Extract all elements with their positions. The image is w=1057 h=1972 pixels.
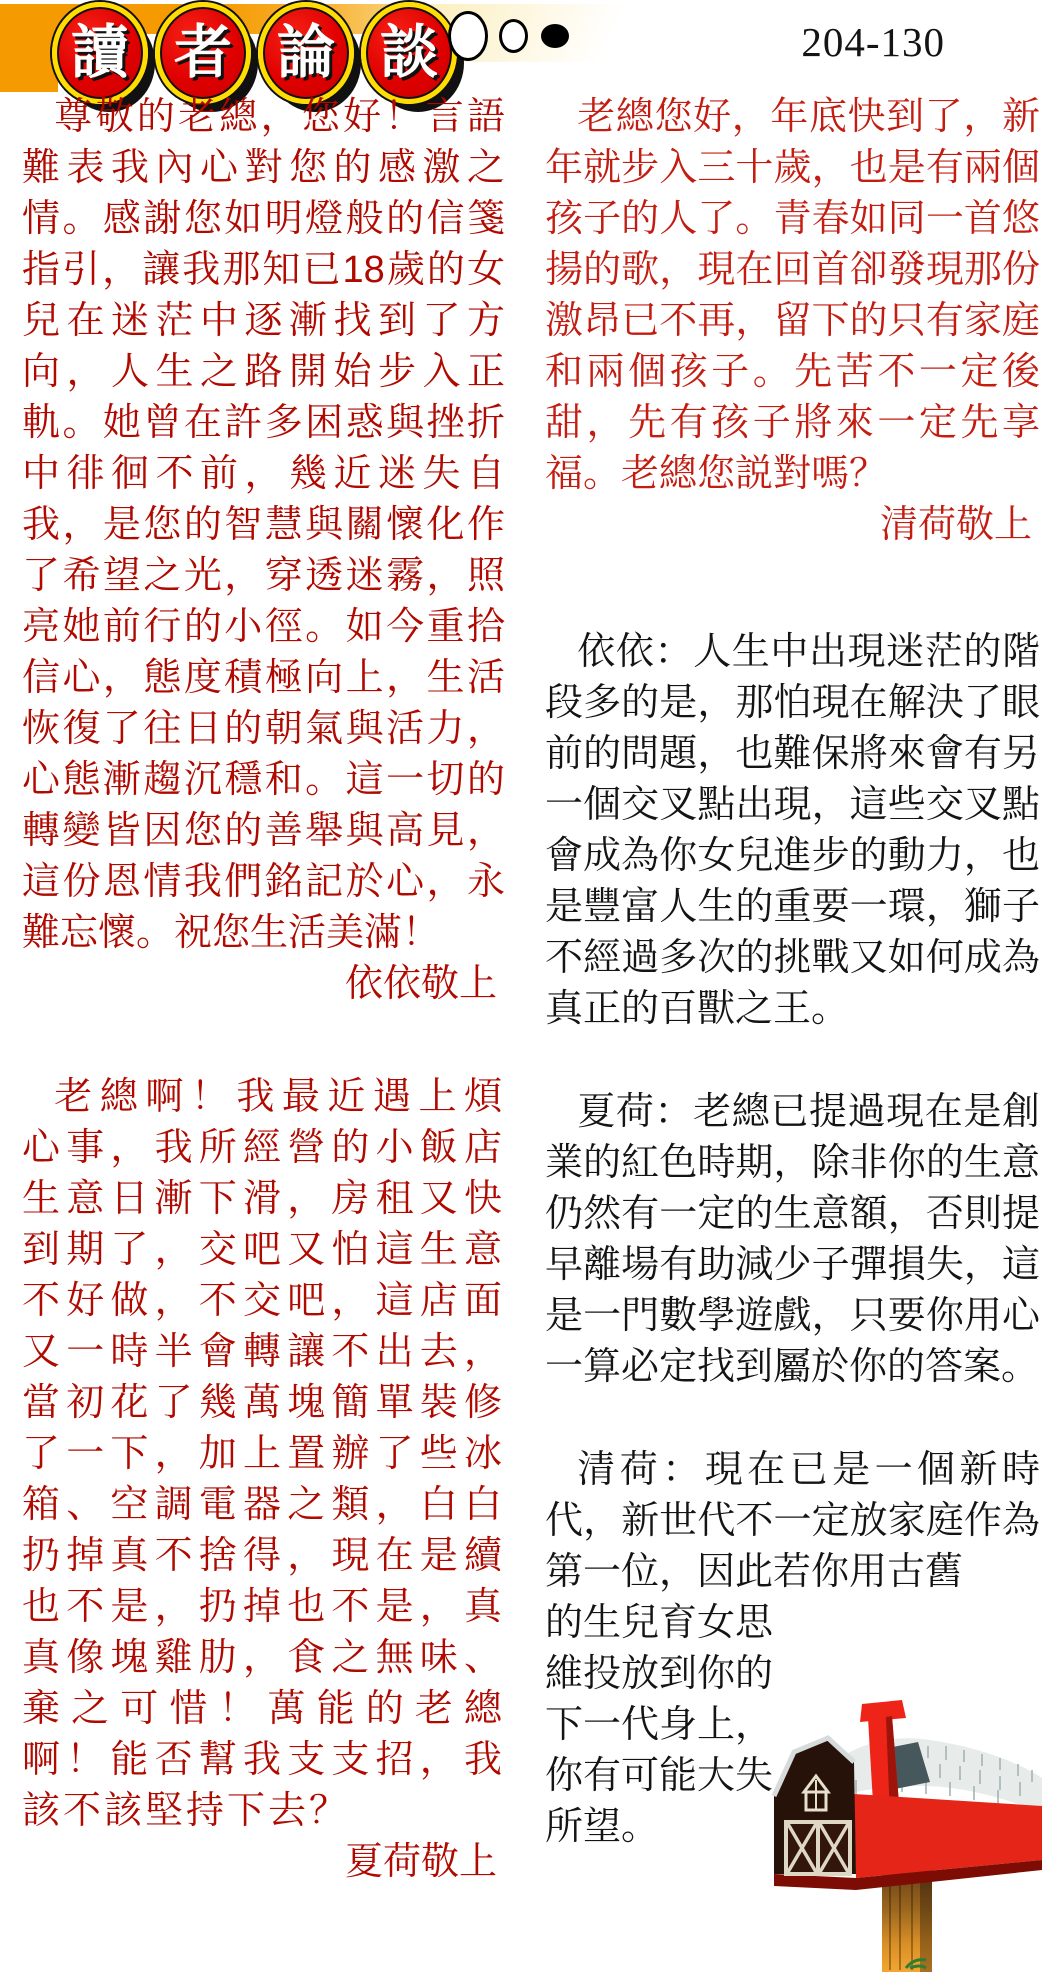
mailbox-illustration	[760, 1700, 1057, 1972]
right-column: 老總您好，年底快到了，新年就步入三十歲，也是有兩個孩子的人了。青春如同一首悠揚的…	[545, 92, 1040, 1888]
letter-2-signature: 夏荷敬上	[22, 1837, 505, 1888]
circle-outline-large-icon	[448, 11, 488, 61]
front-floor-strip	[774, 1874, 856, 1890]
masthead-character: 者	[174, 24, 232, 82]
page-number: 204-130	[801, 18, 945, 66]
masthead-character: 論	[277, 24, 335, 82]
letter-1-body: 尊敬的老總，您好！言語難表我內心對您的感激之情。感謝您如明燈般的信箋指引，讓我那…	[22, 92, 505, 959]
masthead-title: 讀 者 論 談	[52, 2, 457, 104]
editor-reply-qinghe-wrap: 的生兒育女思維投放到你的下一代身上，你有可能大失所望。	[545, 1598, 773, 1853]
masthead-character: 讀	[71, 24, 129, 82]
masthead-character: 談	[380, 24, 438, 82]
letter-3-signature: 清荷敬上	[545, 500, 1040, 551]
letter-2-body: 老總啊！我最近遇上煩心事，我所經營的小飯店生意日漸下滑，房租又快到期了，交吧又怕…	[22, 1072, 505, 1837]
editor-reply-xiahe: 夏荷：老總已提過現在是創業的紅色時期，除非你的生意仍然有一定的生意額，否則提早離…	[545, 1087, 1040, 1393]
masthead-badge-4: 談	[361, 2, 457, 104]
newspaper-page: 讀 者 論 談 204-130 尊敬的老總，您好！言語難表我內心對您的感激之情。…	[0, 0, 1057, 1972]
letter-1-signature: 依依敬上	[22, 959, 505, 1010]
reader-letters-columns: 尊敬的老總，您好！言語難表我內心對您的感激之情。感謝您如明燈般的信箋指引，讓我那…	[22, 92, 1040, 1888]
circle-outline-small-icon	[499, 19, 528, 53]
masthead-banner: 讀 者 論 談 204-130	[0, 0, 1057, 100]
editor-reply-qinghe-start: 清荷：現在已是一個新時代，新世代不一定放家庭作為第一位，因此若你用古舊	[545, 1445, 1040, 1598]
masthead-badge-2: 者	[155, 2, 251, 104]
letter-3-body: 老總您好，年底快到了，新年就步入三十歲，也是有兩個孩子的人了。青春如同一首悠揚的…	[545, 92, 1040, 500]
circle-filled-icon	[541, 24, 569, 48]
left-column: 尊敬的老總，您好！言語難表我內心對您的感激之情。感謝您如明燈般的信箋指引，讓我那…	[22, 92, 505, 1888]
masthead-badge-1: 讀	[52, 2, 148, 104]
masthead-circles	[448, 12, 569, 60]
editor-reply-yiyi: 依依：人生中出現迷茫的階段多的是，那怕現在解決了眼前的問題，也難保將來會有另一個…	[545, 627, 1040, 1035]
masthead-badge-3: 論	[258, 2, 354, 104]
